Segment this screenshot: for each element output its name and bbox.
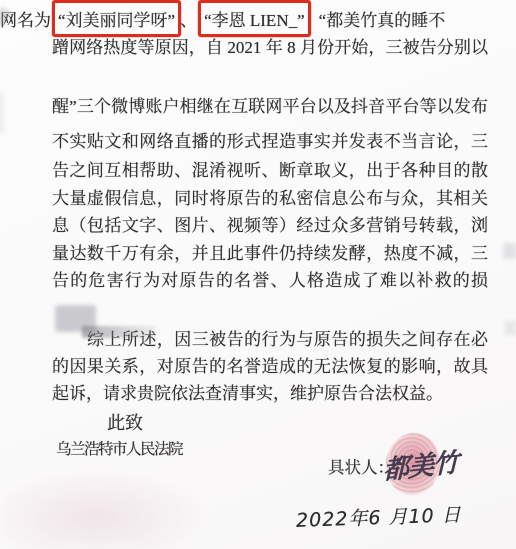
photo-edge-mark xyxy=(505,321,516,335)
highlight-box-liumeili: “刘美丽同学呀” xyxy=(52,0,181,37)
body-line-5: 告之间互相帮助、混淆视听、断章取义，出于各种目的散布 xyxy=(52,160,488,183)
highlight-box-lien: “李恩 LIEN_” xyxy=(198,0,311,37)
court-name: 乌兰浩特市人民法院 xyxy=(56,439,182,461)
handwritten-signature: 都美竹 xyxy=(383,442,458,487)
handwritten-date: 2022年6 月10 日 xyxy=(296,500,463,533)
body-line-1: 蹭网络热度等原因，自 2021 年 8 月份开始，三被告分别以 xyxy=(52,37,488,60)
paper-smudge xyxy=(0,468,210,549)
body-line-11: 的因果关系，对原告的名誉造成的无法恢复的影响，故具文 xyxy=(52,356,488,379)
redaction-smudge xyxy=(55,305,96,332)
photo-edge-mark xyxy=(503,243,516,259)
body-line-4: 不实贴文和网络直播的形式捏造事实并发表不当言论，三被 xyxy=(52,131,488,154)
line2-prefix: 网名为 xyxy=(0,6,51,31)
body-line-8: 量达数千万有余，并且此事件仍持续发酵，热度不减，三被 xyxy=(52,243,488,266)
highlighted-username-1: “刘美丽同学呀” xyxy=(58,11,175,30)
complaint-document-photo: 蹭网络热度等原因，自 2021 年 8 月份开始，三被告分别以 网名为 “刘美丽… xyxy=(0,0,516,549)
body-line-9: 告的危害行为对原告的名誉、人格造成了难以补救的损害， xyxy=(52,270,488,293)
line2-suffix: “都美竹真的睡不 xyxy=(319,6,446,31)
line2-separator: 、 xyxy=(180,6,197,31)
photo-edge-mark xyxy=(0,92,4,134)
body-line-10: 综上所述，因三被告的行为与原告的损失之间存在必然 xyxy=(87,329,488,352)
body-line-7: 息（包括文字、图片、视频等）经过众多营销号转载，浏览 xyxy=(52,215,488,238)
body-line-3: 醒”三个微博账户相继在互联网平台以及抖音平台等以发布 xyxy=(52,96,488,119)
body-line-6: 大量虚假信息，同时将原告的私密信息公布与众，其相关信 xyxy=(52,188,488,211)
body-line-2: 网名为 “刘美丽同学呀” 、 “李恩 LIEN_” “都美竹真的睡不 xyxy=(0,0,460,37)
salutation: 此致 xyxy=(107,412,143,434)
body-line-12: 起诉，请求贵院依法查清事实，维护原告合法权益。 xyxy=(52,383,488,406)
highlighted-username-2: “李恩 LIEN_” xyxy=(204,11,305,30)
